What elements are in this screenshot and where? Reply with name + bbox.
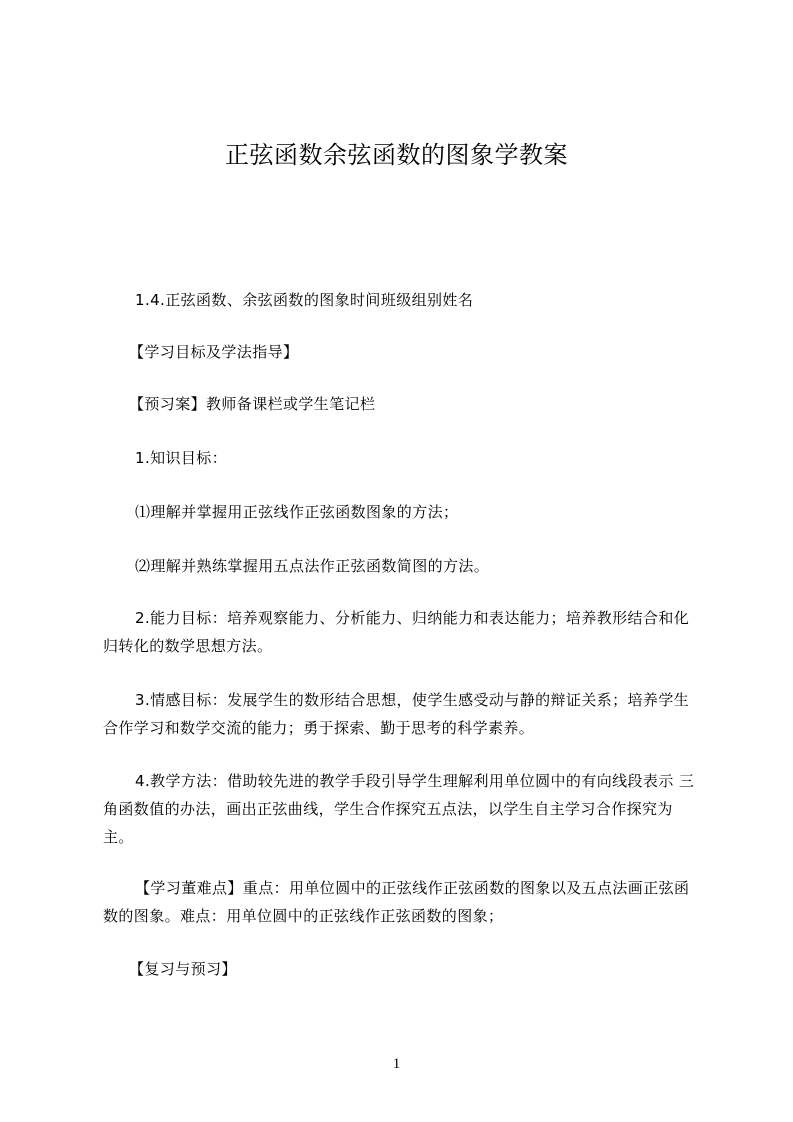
section-heading-review: 【复习与预习】 [129,955,729,983]
knowledge-goal-item-1: ⑴理解并掌握用正弦线作正弦函数图象的方法； [135,498,735,526]
knowledge-goal-item-2: ⑵理解并熟练掌握用五点法作正弦函数简图的方法。 [135,552,735,580]
teaching-method-paragraph: 4.教学方法：借助较先进的教学手段引导学生理解利用单位圆中的有向线段表示 三角函… [103,767,703,851]
page-title: 正弦函数余弦函数的图象学教案 [0,138,793,172]
lesson-header-line: 1.4.正弦函数、余弦函数的图象时间班级组别姓名 [135,286,705,314]
section-heading-learning-goals: 【学习目标及学法指导】 [129,338,729,366]
ability-goal-paragraph: 2.能力目标：培养观察能力、分析能力、归纳能力和表达能力；培养教形结合和化归转化… [103,604,703,660]
key-difficult-points-paragraph: 【学习董难点】重点：用单位圆中的正弦线作正弦函数的图象以及五点法画正弦函数的图象… [103,874,703,930]
emotion-goal-paragraph: 3.情感目标：发展学生的数形结合思想，使学生感受动与静的辩证关系；培养学生合作学… [103,686,703,742]
knowledge-goal-heading: 1.知识目标： [135,444,735,472]
page-number: 1 [0,1054,793,1074]
section-heading-preview: 【预习案】教师备课栏或学生笔记栏 [129,390,729,418]
